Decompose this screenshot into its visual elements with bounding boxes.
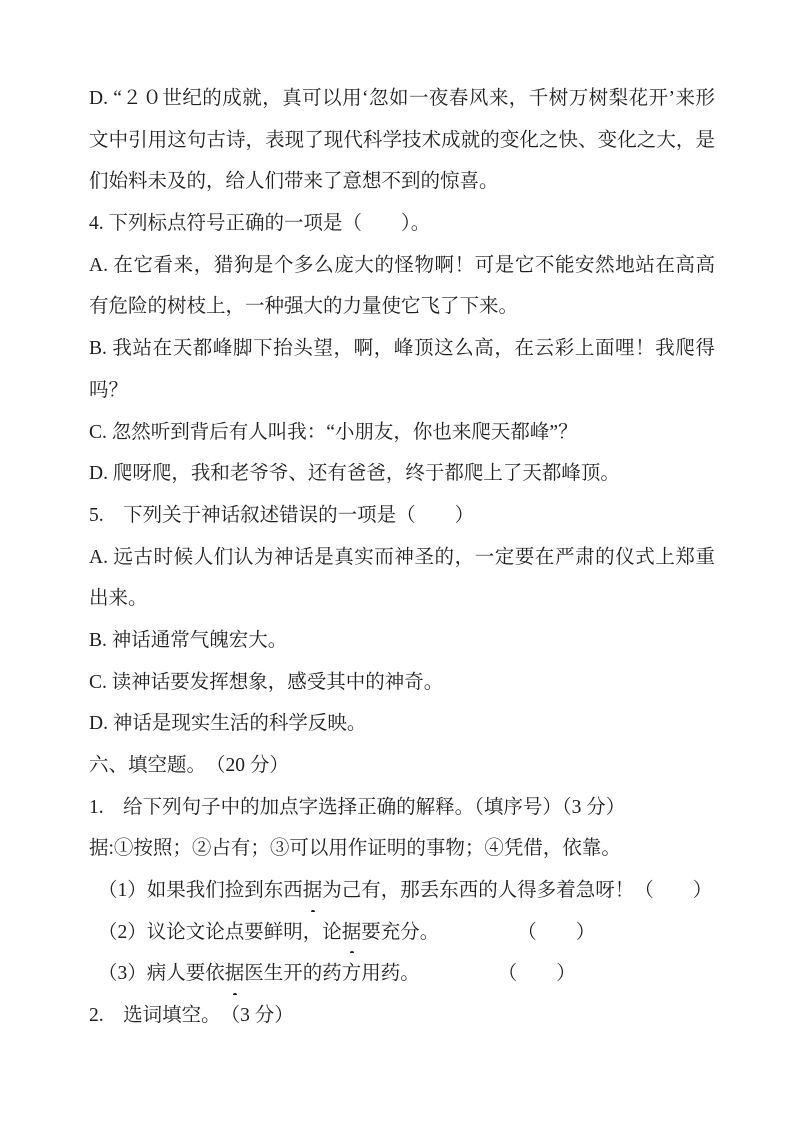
text-segment: 为己有，那丢东西的人得多着急呀！（ ）	[322, 880, 712, 901]
question-4-option-a-line-1: A. 在它看来，猎狗是个多么庞大的怪物啊！可是它不能安然地站在高高的没	[89, 245, 715, 287]
question-4: 4. 下列标点符号正确的一项是（ ）。	[89, 203, 715, 245]
emphasized-char: 据	[303, 870, 323, 912]
question-5-option-b: B. 神话通常气魄宏大。	[89, 620, 715, 662]
emphasized-char: 据	[225, 953, 245, 995]
sub-item-3: （3）病人要依据医生开的药方用药。 （ ）	[89, 953, 715, 995]
question-5: 5. 下列关于神话叙述错误的一项是（ ）	[89, 495, 715, 537]
text-segment: （1）如果我们捡到东西	[98, 880, 303, 901]
document-body: D. “２０世纪的成就，真可以用‘忽如一夜春风来，千树万树梨花开’来形容。”文中…	[89, 78, 715, 1037]
question-5-option-d: D. 神话是现实生活的科学反映。	[89, 703, 715, 745]
question-4-option-a-line-2: 有危险的树枝上，一种强大的力量使它飞了下来。	[89, 286, 715, 328]
section-6-question-2: 2. 选词填空。 （3 分）	[89, 995, 715, 1037]
option-d-line-3: 们始料未及的，给人们带来了意想不到的惊喜。	[89, 161, 715, 203]
emphasized-char: 据	[342, 912, 362, 954]
question-4-option-b-line-1: B. 我站在天都峰脚下抬头望，啊，峰顶这么高，在云彩上面哩！我爬得上去	[89, 328, 715, 370]
option-d-line-2: 文中引用这句古诗，表现了现代科学技术成就的变化之快、变化之大，是人	[89, 120, 715, 162]
question-5-option-a-line-1: A. 远古时候人们认为神话是真实而神圣的，一定要在严肃的仪式上郑重地讲	[89, 537, 715, 579]
sub-item-1: （1）如果我们捡到东西据为己有，那丢东西的人得多着急呀！（ ）	[89, 870, 715, 912]
question-5-option-c: C. 读神话要发挥想象，感受其中的神奇。	[89, 662, 715, 704]
exam-page: D. “２０世纪的成就，真可以用‘忽如一夜春风来，千树万树梨花开’来形容。”文中…	[0, 0, 793, 1122]
sub-item-2: （2）议论文论点要鲜明，论据要充分。 （ ）	[89, 912, 715, 954]
question-4-option-c: C. 忽然听到背后有人叫我：“小朋友，你也来爬天都峰”？	[89, 412, 715, 454]
definitions-line: 据:①按照；②占有；③可以用作证明的事物；④凭借，依靠。	[89, 828, 715, 870]
option-d-line-1: D. “２０世纪的成就，真可以用‘忽如一夜春风来，千树万树梨花开’来形容。”	[89, 78, 715, 120]
text-segment: 医生开的药方用药。 （ ）	[244, 963, 576, 984]
section-6-header: 六、填空题。 （20 分）	[89, 745, 715, 787]
question-4-option-b-line-2: 吗？	[89, 370, 715, 412]
text-segment: （2）议论文论点要鲜明，论	[98, 922, 342, 943]
question-4-option-d: D. 爬呀爬，我和老爷爷、还有爸爸，终于都爬上了天都峰顶。	[89, 453, 715, 495]
text-segment: （3）病人要依	[98, 963, 225, 984]
text-segment: 要充分。 （ ）	[361, 922, 595, 943]
section-6-question-1: 1. 给下列句子中的加点字选择正确的解释。（填序号）（3 分）	[89, 787, 715, 829]
question-5-option-a-line-2: 出来。	[89, 578, 715, 620]
